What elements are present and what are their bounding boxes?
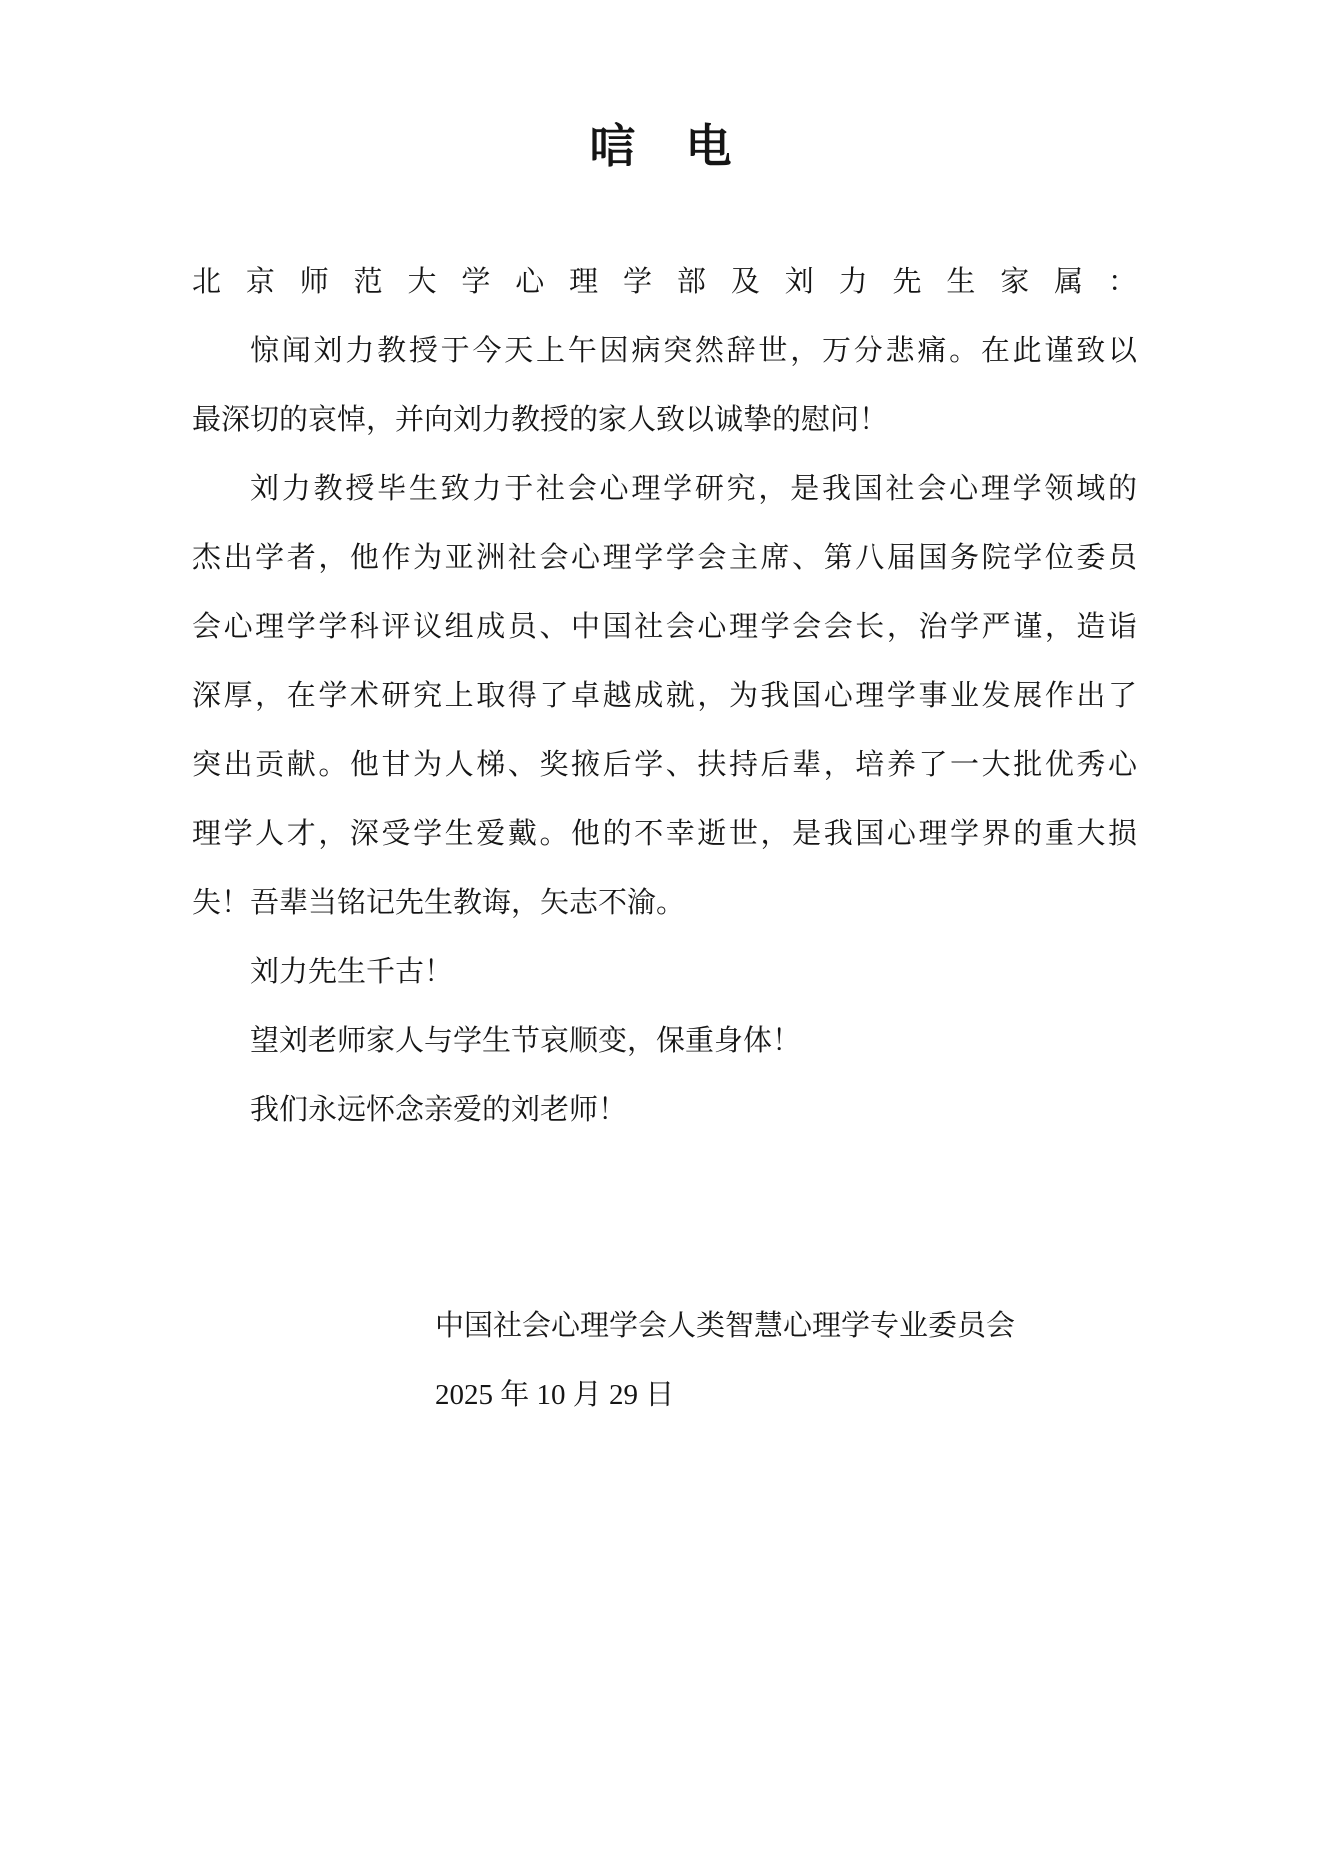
letter-line: 突出贡献。他甘为人梯、奖掖后学、扶持后辈，培养了一大批优秀心 (192, 731, 1137, 800)
letter-line: 刘力先生千古！ (192, 938, 1137, 1007)
letter-line: 望刘老师家人与学生节哀顺变，保重身体！ (192, 1007, 1137, 1076)
signature-line: 中国社会心理学会人类智慧心理学专业委员会 (435, 1292, 1137, 1361)
letter-line: 会心理学学科评议组成员、中国社会心理学会会长，治学严谨，造诣 (192, 593, 1137, 662)
letter-line: 最深切的哀悼，并向刘力教授的家人致以诚挚的慰问！ (192, 386, 1137, 455)
letter-line: 惊闻刘力教授于今天上午因病突然辞世，万分悲痛。在此谨致以 (192, 317, 1137, 386)
letter-line: 刘力教授毕生致力于社会心理学研究，是我国社会心理学领域的 (192, 455, 1137, 524)
letter-line: 杰出学者，他作为亚洲社会心理学学会主席、第八届国务院学位委员 (192, 524, 1137, 593)
letter-paragraphs: 惊闻刘力教授于今天上午因病突然辞世，万分悲痛。在此谨致以最深切的哀悼，并向刘力教… (192, 317, 1137, 1145)
letter-line: 失！吾辈当铭记先生教诲，矢志不渝。 (192, 869, 1137, 938)
letter-page: 唁 电 北京师范大学心理学部及刘力先生家属： 惊闻刘力教授于今天上午因病突然辞世… (0, 0, 1323, 1871)
letter-line: 我们永远怀念亲爱的刘老师！ (192, 1076, 1137, 1145)
letter-salutation: 北京师范大学心理学部及刘力先生家属： (192, 248, 1137, 317)
date-line: 2025 年 10 月 29 日 (435, 1361, 1137, 1430)
letter-line: 深厚，在学术研究上取得了卓越成就，为我国心理学事业发展作出了 (192, 662, 1137, 731)
letter-line: 理学人才，深受学生爱戴。他的不幸逝世，是我国心理学界的重大损 (192, 800, 1137, 869)
letter-body: 北京师范大学心理学部及刘力先生家属： 惊闻刘力教授于今天上午因病突然辞世，万分悲… (192, 248, 1137, 1430)
letter-title: 唁 电 (0, 0, 1323, 178)
